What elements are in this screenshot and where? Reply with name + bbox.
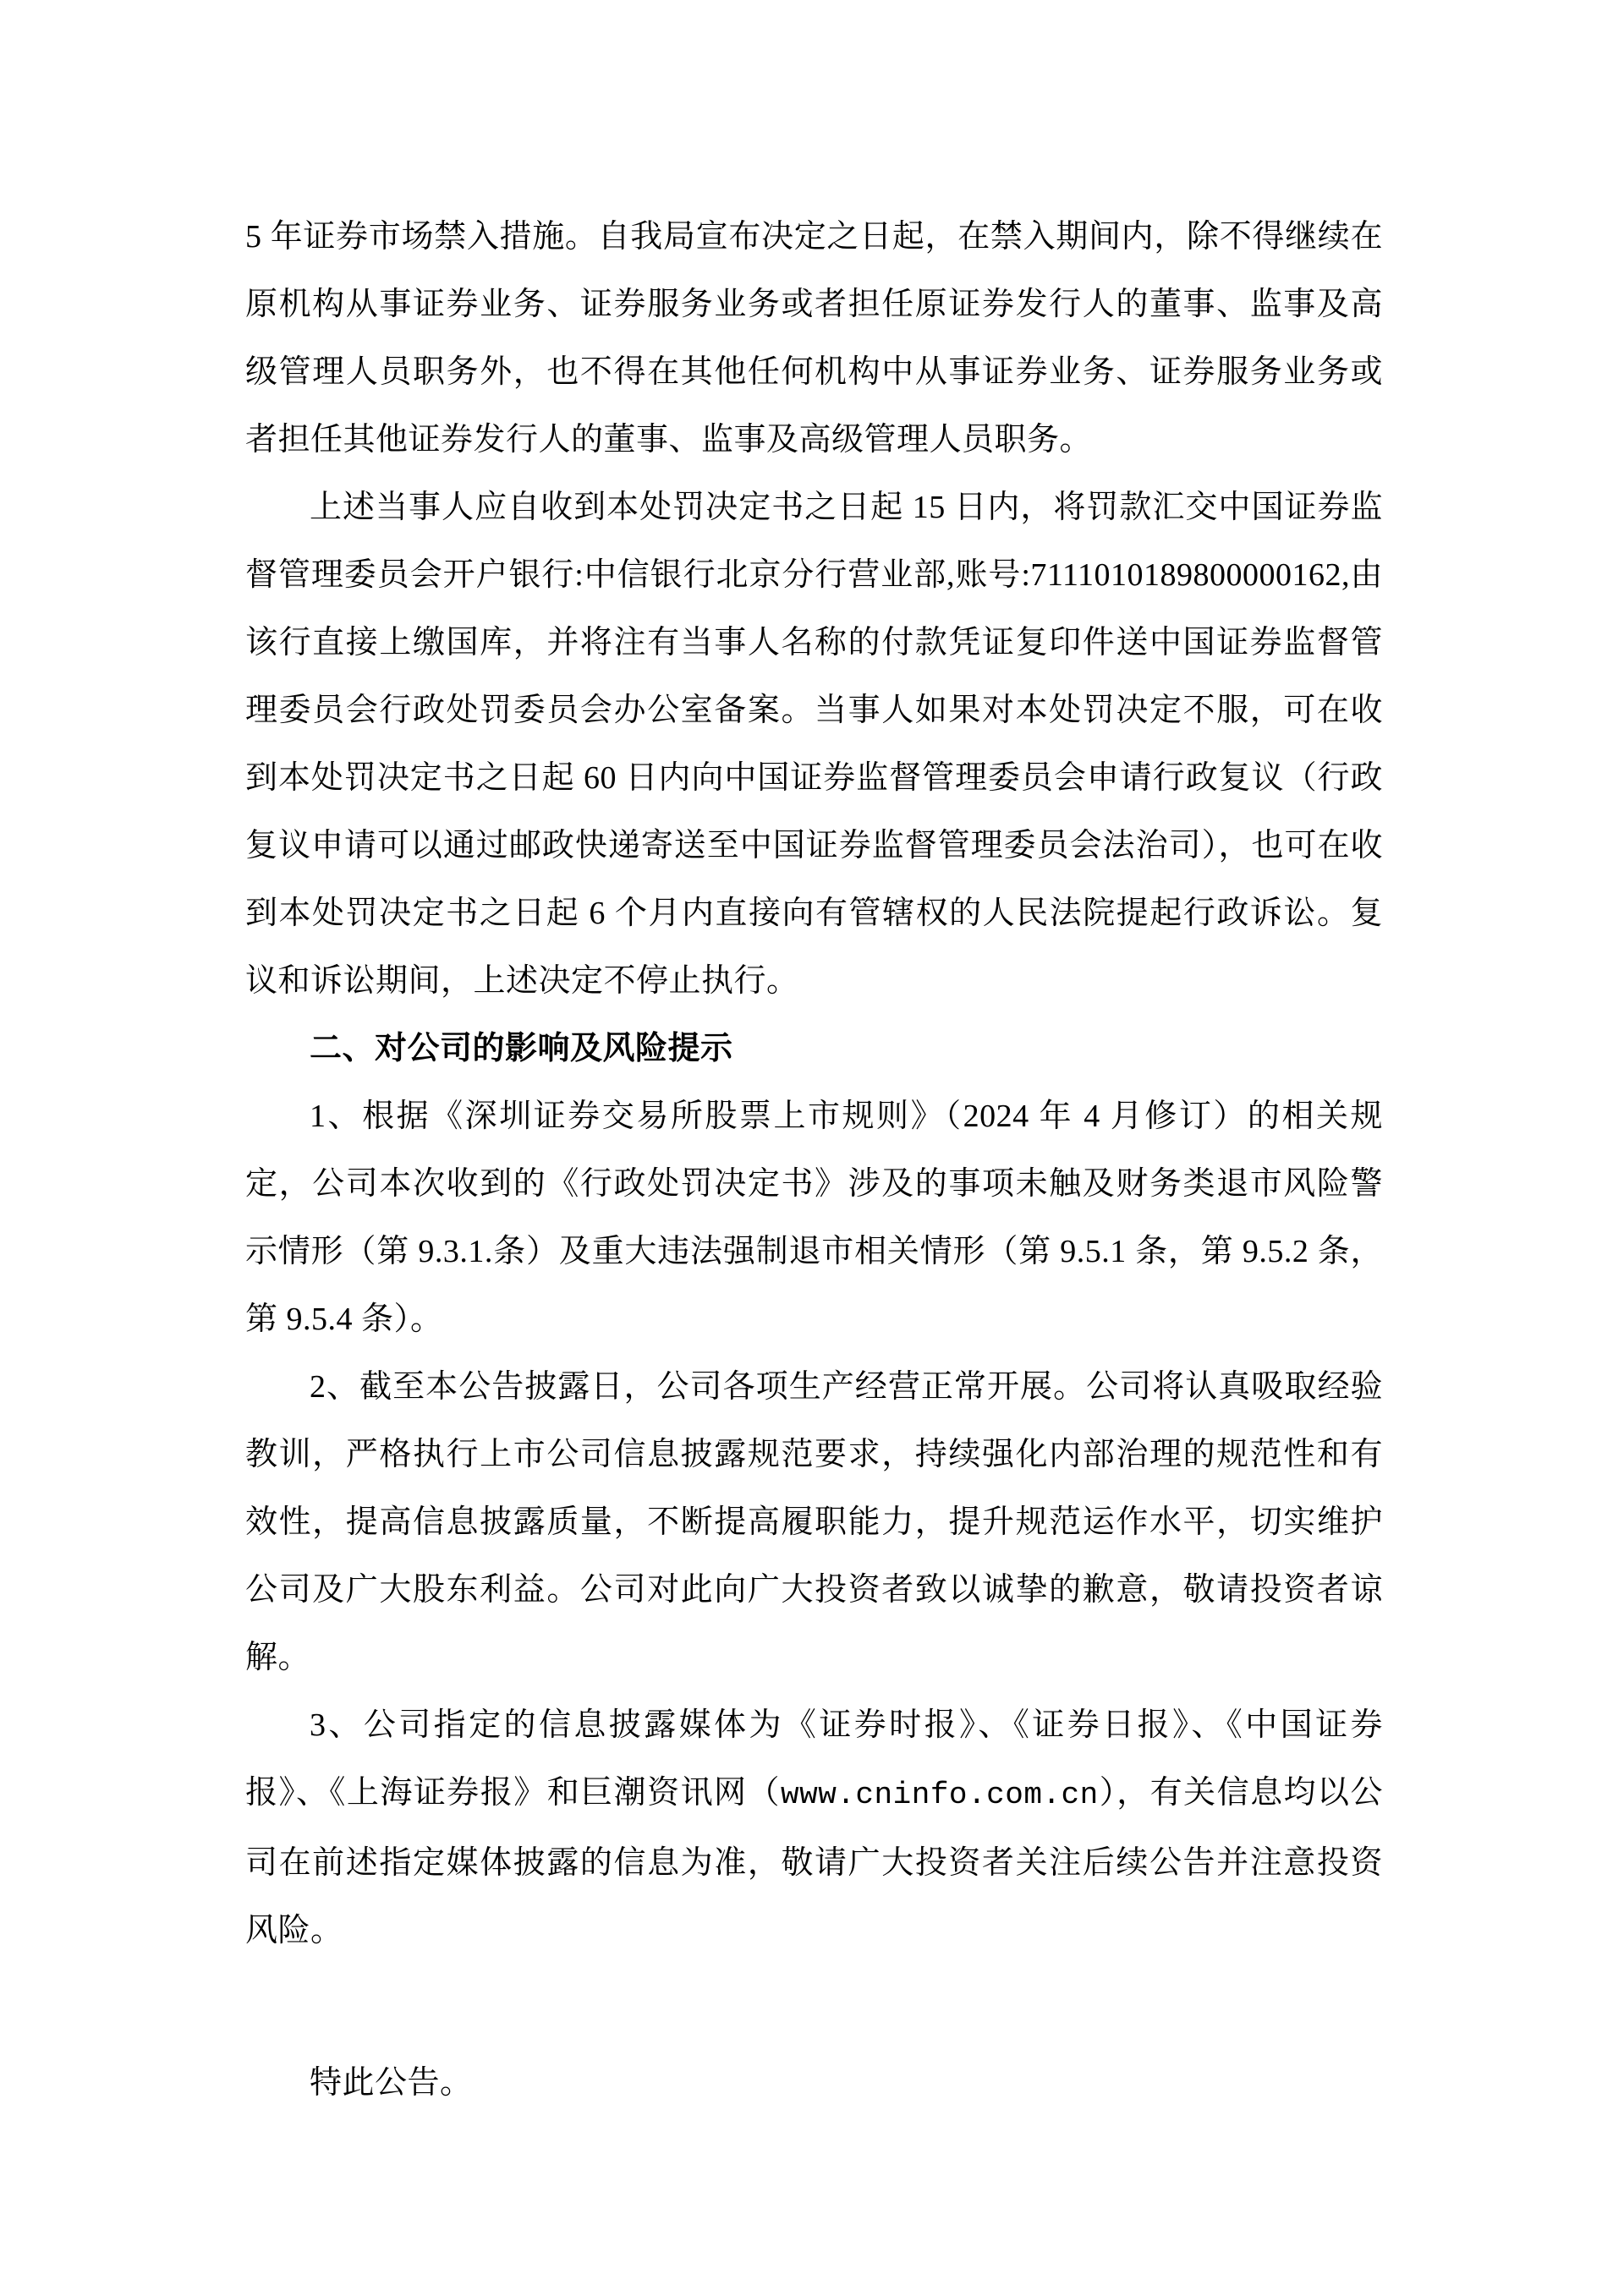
document-body: 5 年证券市场禁入措施。自我局宣布决定之日起，在禁入期间内，除不得继续在原机构从… [245,203,1383,2117]
paragraph-market-ban-continuation: 5 年证券市场禁入措施。自我局宣布决定之日起，在禁入期间内，除不得继续在原机构从… [245,203,1383,474]
closing-announcement: 特此公告。 [245,2049,1383,2117]
cninfo-website-url: www.cninfo.com.cn [781,1778,1099,1812]
paragraph-item1-delisting-risk: 1、根据《深圳证券交易所股票上市规则》（2024 年 4 月修订）的相关规定，公… [245,1082,1383,1353]
section-heading-impact-risk: 二、对公司的影响及风险提示 [245,1015,1383,1082]
paragraph-item3-disclosure-media: 3、公司指定的信息披露媒体为《证券时报》、《证券日报》、《中国证券报》、《上海证… [245,1691,1383,1964]
paragraph-payment-instructions: 上述当事人应自收到本处罚决定书之日起 15 日内，将罚款汇交中国证券监督管理委员… [245,474,1383,1015]
paragraph-item2-operations-apology: 2、截至本公告披露日，公司各项生产经营正常开展。公司将认真吸取经验教训，严格执行… [245,1353,1383,1691]
announcement-page: 5 年证券市场禁入措施。自我局宣布决定之日起，在禁入期间内，除不得继续在原机构从… [0,0,1624,2296]
